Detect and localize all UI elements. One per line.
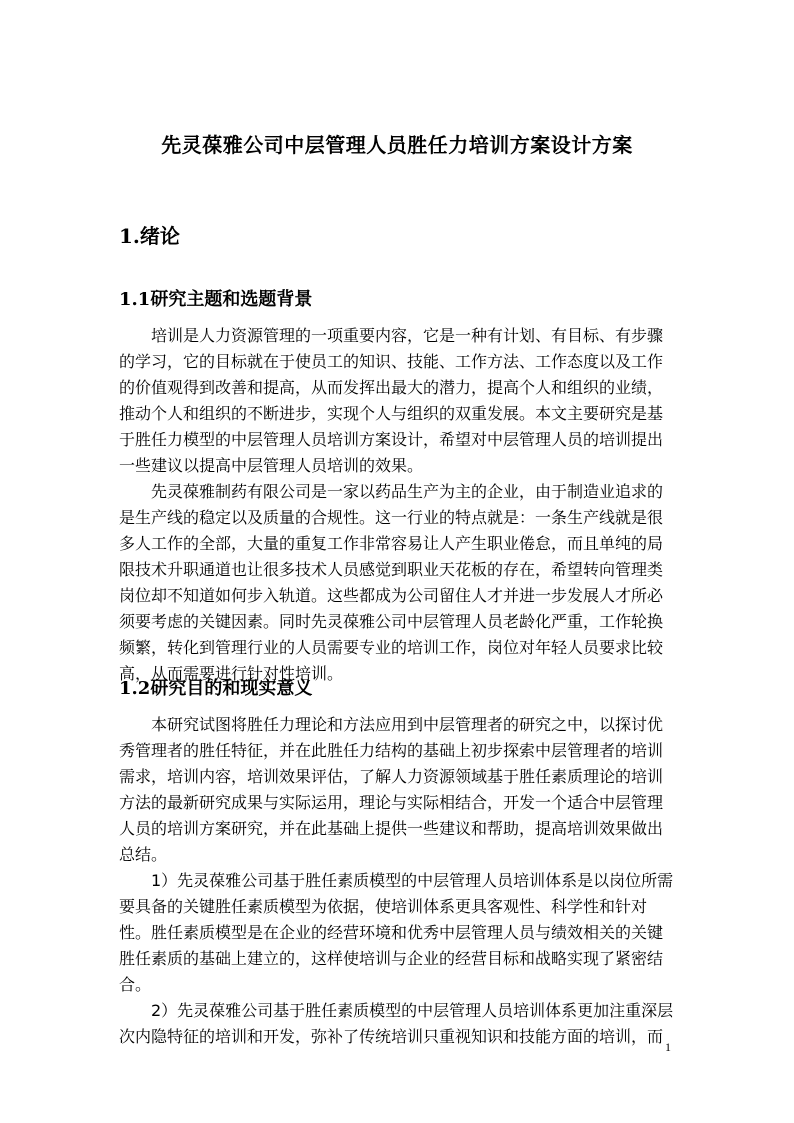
paragraph-line: 需求，培训内容，培训效果评估，了解人力资源领域基于胜任素质理论的培训 bbox=[119, 764, 663, 790]
paragraph-line: 本研究试图将胜任力理论和方法应用到中层管理者的研究之中，以探讨优 bbox=[151, 712, 663, 738]
paragraph-line: 方法的最新研究成果与实际运用，理论与实际相结合，开发一个适合中层管理 bbox=[119, 790, 663, 816]
page-number: 1 bbox=[665, 1040, 671, 1055]
paragraph-line: 秀管理者的胜任特征，并在此胜任力结构的基础上初步探索中层管理者的培训 bbox=[119, 738, 663, 764]
section-heading-1-1: 1.1研究主题和选题背景 bbox=[119, 287, 312, 313]
list-item-line: 次内隐特征的培训和开发，弥补了传统培训只重视知识和技能方面的培训，而 bbox=[119, 1024, 663, 1050]
paragraph-line: 多人工作的全部，大量的重复工作非常容易让人产生职业倦怠，而且单纯的局 bbox=[119, 531, 663, 557]
paragraph-line: 频繁，转化到管理行业的人员需要专业的培训工作，岗位对年轻人员要求比较 bbox=[119, 635, 663, 661]
paragraph-line: 限技术升职通道也让很多技术人员感觉到职业天花板的存在，希望转向管理类 bbox=[119, 557, 663, 583]
paragraph-line: 须要考虑的关键因素。同时先灵葆雅公司中层管理人员老龄化严重，工作轮换 bbox=[119, 609, 663, 635]
list-item-line: 要具备的关键胜任素质模型为依据，使培训体系更具客观性、科学性和针对 bbox=[119, 894, 647, 920]
document-page: 先灵葆雅公司中层管理人员胜任力培训方案设计方案 1.绪论 1.1研究主题和选题背… bbox=[0, 0, 794, 1123]
list-item-line: 合。 bbox=[119, 972, 151, 998]
paragraph-line: 人员的培训方案研究，并在此基础上提供一些建议和帮助，提高培训效果做出 bbox=[119, 816, 663, 842]
section-heading-1-2: 1.2研究目的和现实意义 bbox=[119, 676, 312, 702]
paragraph-line: 总结。 bbox=[119, 842, 167, 868]
list-item-line: 1）先灵葆雅公司基于胜任素质模型的中层管理人员培训体系是以岗位所需 bbox=[151, 868, 673, 894]
paragraph-line: 一些建议以提高中层管理人员培训的效果。 bbox=[119, 453, 423, 479]
paragraph-line: 岗位却不知道如何步入轨道。这些都成为公司留住人才并进一步发展人才所必 bbox=[119, 583, 663, 609]
paragraph-line: 的价值观得到改善和提高，从而发挥出最大的潜力，提高个人和组织的业绩， bbox=[119, 375, 663, 401]
list-item-line: 2）先灵葆雅公司基于胜任素质模型的中层管理人员培训体系更加注重深层 bbox=[151, 998, 673, 1024]
chapter-heading: 1.绪论 bbox=[119, 222, 180, 250]
paragraph-line: 培训是人力资源管理的一项重要内容，它是一种有计划、有目标、有步骤 bbox=[151, 323, 663, 349]
document-title: 先灵葆雅公司中层管理人员胜任力培训方案设计方案 bbox=[0, 131, 794, 159]
paragraph-line: 是生产线的稳定以及质量的合规性。这一行业的特点就是：一条生产线就是很 bbox=[119, 505, 663, 531]
paragraph-line: 先灵葆雅制药有限公司是一家以药品生产为主的企业，由于制造业追求的 bbox=[151, 479, 663, 505]
list-item-line: 性。胜任素质模型是在企业的经营环境和优秀中层管理人员与绩效相关的关键 bbox=[119, 920, 663, 946]
paragraph-line: 于胜任力模型的中层管理人员培训方案设计，希望对中层管理人员的培训提出 bbox=[119, 427, 663, 453]
paragraph-line: 推动个人和组织的不断进步，实现个人与组织的双重发展。本文主要研究是基 bbox=[119, 401, 663, 427]
list-item-line: 胜任素质的基础上建立的，这样使培训与企业的经营目标和战略实现了紧密结 bbox=[119, 946, 663, 972]
paragraph-line: 的学习，它的目标就在于使员工的知识、技能、工作方法、工作态度以及工作 bbox=[119, 349, 663, 375]
